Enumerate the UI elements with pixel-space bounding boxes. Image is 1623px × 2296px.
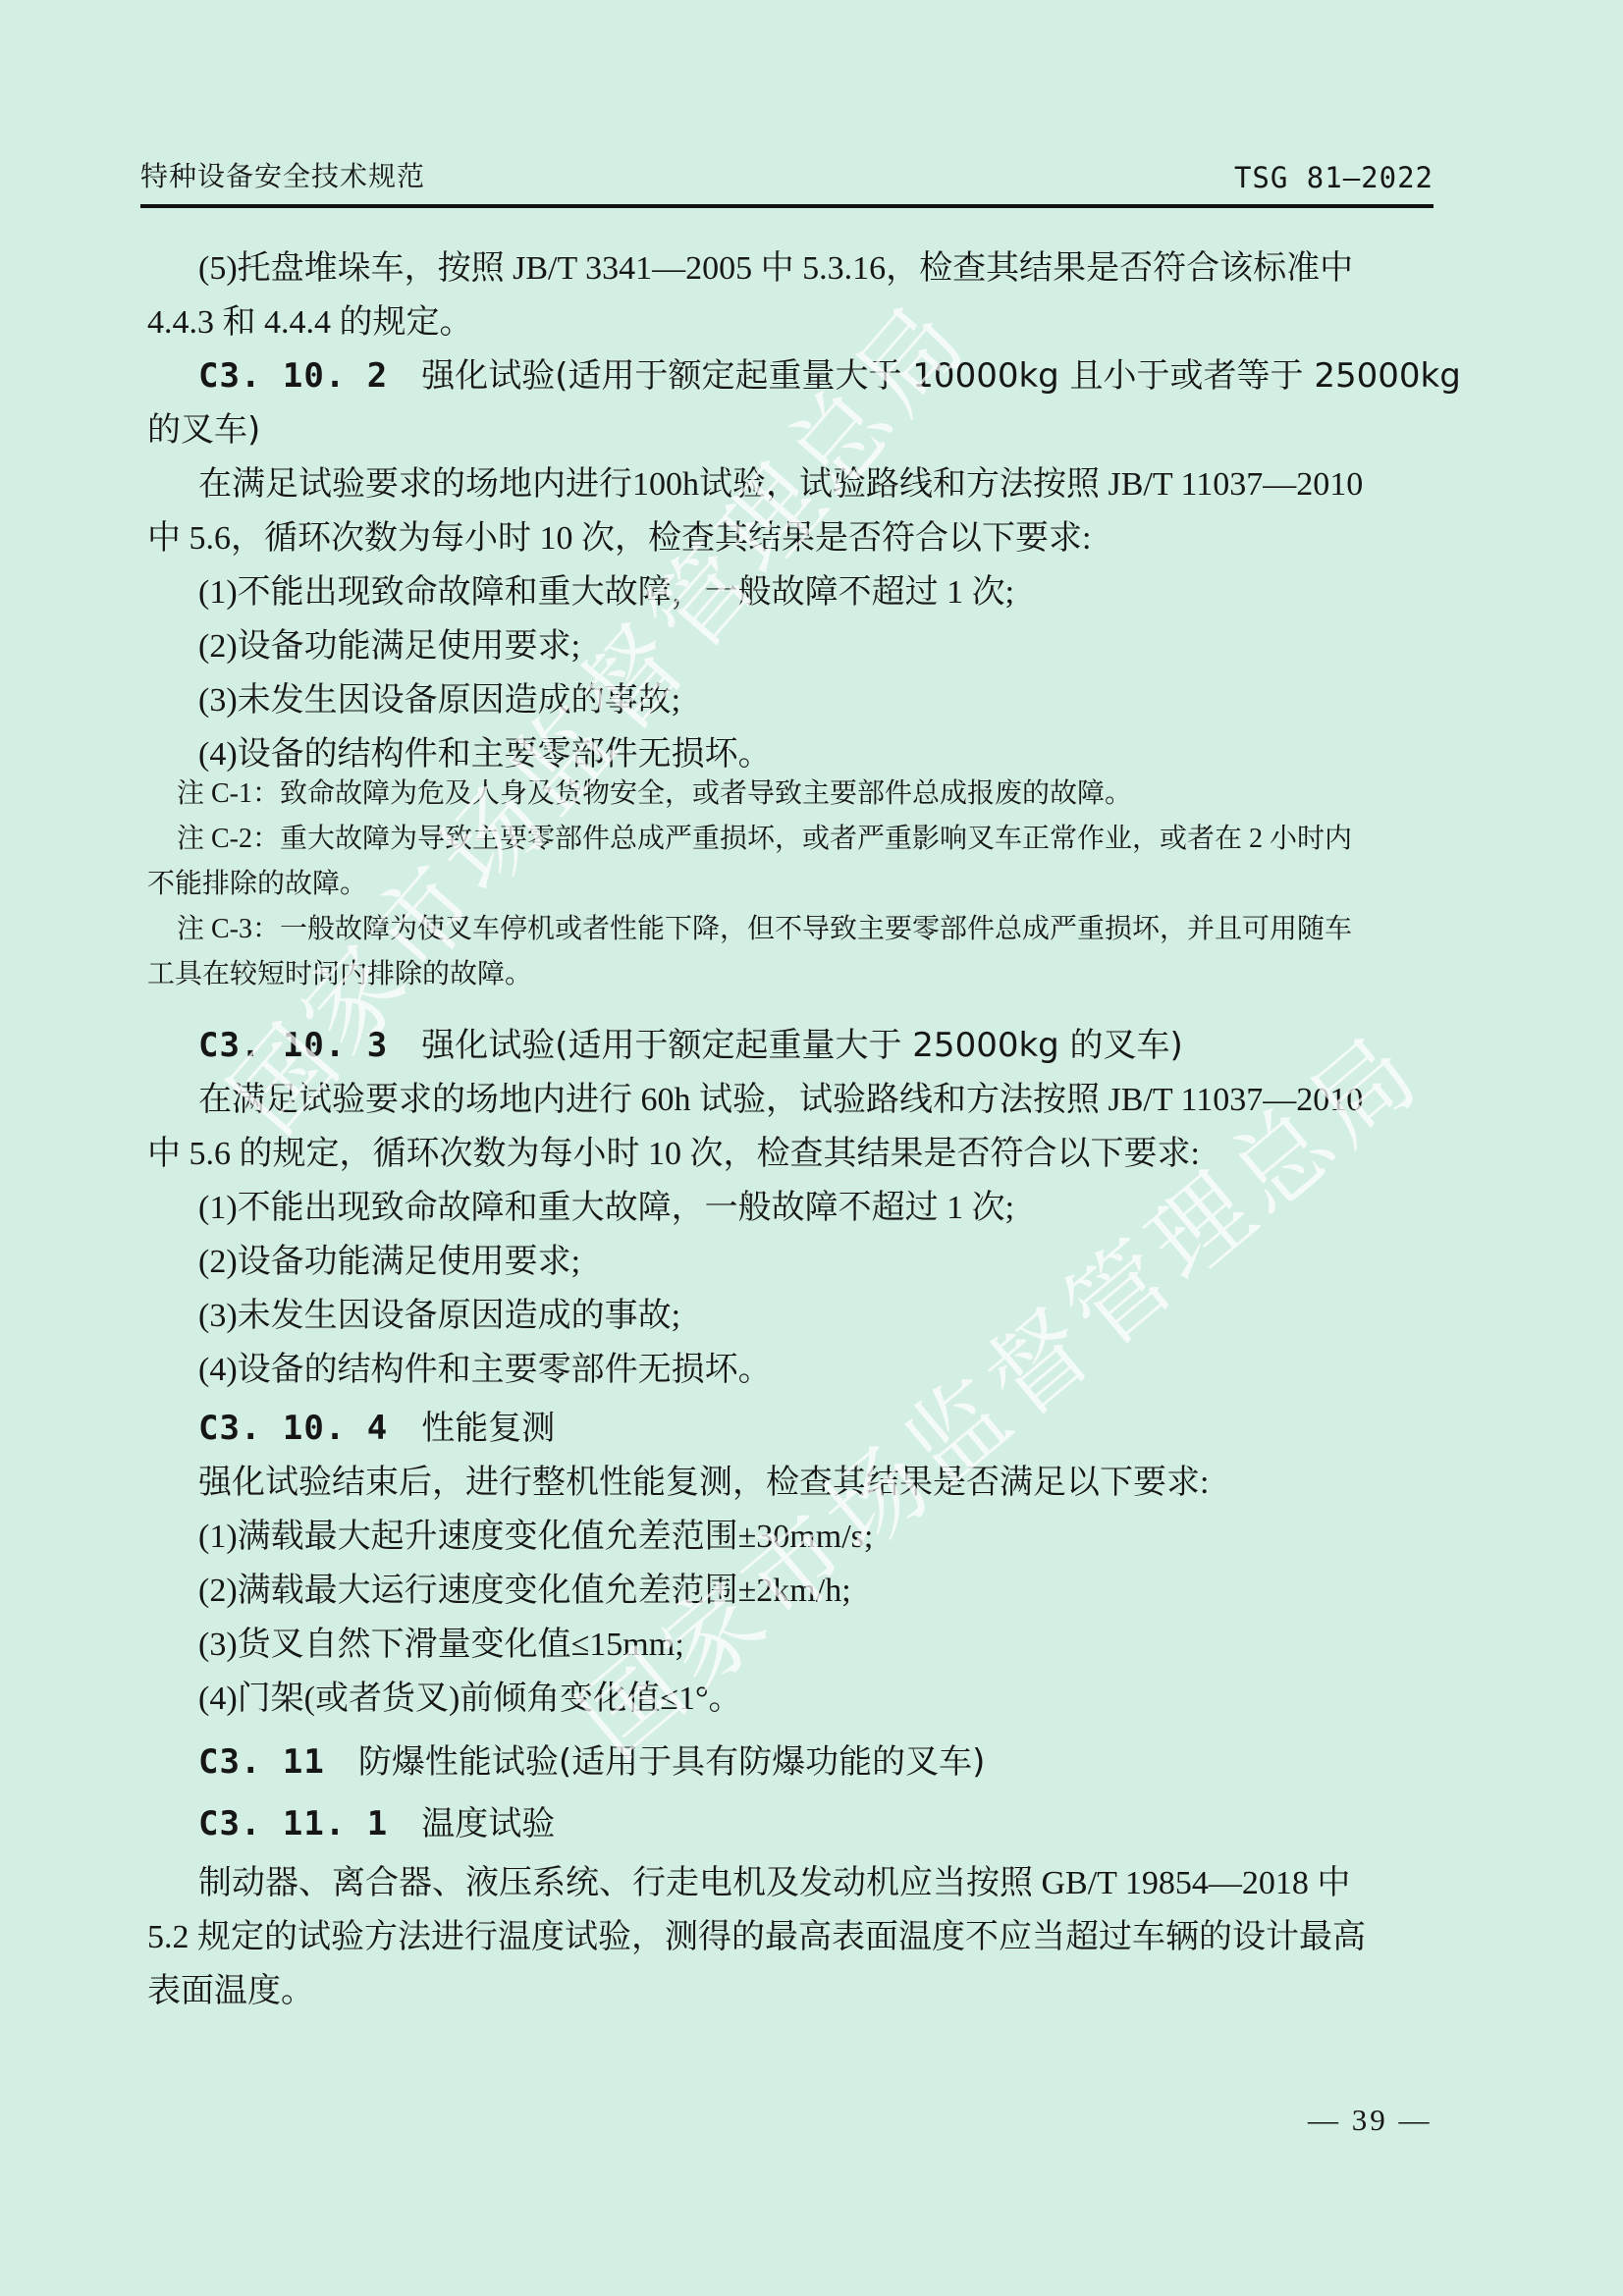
paragraph-line: 表面温度。	[147, 1964, 1463, 2018]
paragraph-line: 制动器、离合器、液压系统、行走电机及发动机应当按照 GB/T 19854—201…	[147, 1856, 1463, 1910]
section-title-continuation: 的叉车)	[147, 410, 260, 450]
note-line: 注 C-1：致命故障为危及人身及货物安全，或者导致主要部件总成报废的故障。	[147, 772, 1463, 817]
note-line: 不能排除的故障。	[147, 862, 1463, 907]
list-item: (3)货叉自然下滑量变化值≤15mm;	[147, 1618, 1463, 1672]
page-header: 特种设备安全技术规范 TSG 81—2022	[140, 155, 1434, 208]
header-doc-code: TSG 81—2022	[1234, 161, 1434, 194]
header-doc-type: 特种设备安全技术规范	[140, 155, 425, 194]
heading-line: C3. 11. 1温度试验	[147, 1797, 1463, 1851]
paragraph-line: 5.2 规定的试验方法进行温度试验，测得的最高表面温度不应当超过车辆的设计最高	[147, 1910, 1463, 1964]
document-page: 特种设备安全技术规范 TSG 81—2022 (5)托盘堆垛车，按照 JB/T …	[0, 0, 1623, 2296]
section-number: C3. 10. 2	[198, 356, 388, 396]
section-number: C3. 10. 3	[198, 1026, 388, 1065]
list-item: (3)未发生因设备原因造成的事故;	[147, 673, 1463, 727]
paragraph-line: 强化试验结束后，进行整机性能复测，检查其结果是否满足以下要求:	[147, 1456, 1463, 1510]
note-line: 注 C-2：重大故障为导致主要零部件总成严重损坏，或者严重影响叉车正常作业，或者…	[147, 817, 1463, 862]
heading-line: C3. 10. 3强化试验(适用于额定起重量大于 25000kg 的叉车)	[147, 1019, 1463, 1073]
list-item: (2)设备功能满足使用要求;	[147, 619, 1463, 673]
paragraph-line: 中 5.6，循环次数为每小时 10 次，检查其结果是否符合以下要求:	[147, 511, 1463, 565]
list-item: (2)设备功能满足使用要求;	[147, 1235, 1463, 1289]
paragraph-line: 中 5.6 的规定，循环次数为每小时 10 次，检查其结果是否符合以下要求:	[147, 1127, 1463, 1181]
list-item: (4)设备的结构件和主要零部件无损坏。	[147, 1343, 1463, 1397]
section-title: 温度试验	[421, 1804, 555, 1843]
section-number: C3. 10. 4	[198, 1409, 388, 1448]
section-title: 性能复测	[421, 1409, 555, 1448]
note-line: 工具在较短时间内排除的故障。	[147, 952, 1463, 997]
section-number: C3. 11. 1	[198, 1804, 388, 1843]
note-line: 注 C-3：一般故障为使叉车停机或者性能下降，但不导致主要零部件总成严重损坏，并…	[147, 907, 1463, 952]
paragraph-line: 在满足试验要求的场地内进行 60h 试验，试验路线和方法按照 JB/T 1103…	[147, 1073, 1463, 1127]
page-number: — 39 —	[1308, 2103, 1433, 2138]
document-body: (5)托盘堆垛车，按照 JB/T 3341—2005 中 5.3.16，检查其结…	[147, 241, 1463, 2018]
list-item: (1)满载最大起升速度变化值允差范围±30mm/s;	[147, 1510, 1463, 1564]
heading-line: C3. 10. 4性能复测	[147, 1402, 1463, 1456]
list-item: (4)门架(或者货叉)前倾角变化值≤1°。	[147, 1672, 1463, 1726]
heading-line: 的叉车)	[147, 403, 1463, 457]
paragraph-line: (5)托盘堆垛车，按照 JB/T 3341—2005 中 5.3.16，检查其结…	[147, 241, 1463, 295]
section-title: 强化试验(适用于额定起重量大于 25000kg 的叉车)	[421, 1026, 1183, 1065]
list-item: (1)不能出现致命故障和重大故障，一般故障不超过 1 次;	[147, 565, 1463, 619]
section-title: 防爆性能试验(适用于具有防爆功能的叉车)	[358, 1742, 986, 1782]
list-item: (3)未发生因设备原因造成的事故;	[147, 1289, 1463, 1343]
list-item: (1)不能出现致命故障和重大故障，一般故障不超过 1 次;	[147, 1181, 1463, 1235]
section-title: 强化试验(适用于额定起重量大于 10000kg 且小于或者等于 25000kg	[421, 356, 1461, 396]
paragraph-line: 4.4.3 和 4.4.4 的规定。	[147, 295, 1463, 349]
heading-line: C3. 10. 2强化试验(适用于额定起重量大于 10000kg 且小于或者等于…	[147, 349, 1463, 403]
section-number: C3. 11	[198, 1742, 325, 1782]
paragraph-line: 在满足试验要求的场地内进行100h试验，试验路线和方法按照 JB/T 11037…	[147, 457, 1463, 511]
heading-line: C3. 11防爆性能试验(适用于具有防爆功能的叉车)	[147, 1735, 1463, 1789]
list-item: (2)满载最大运行速度变化值允差范围±2km/h;	[147, 1564, 1463, 1618]
